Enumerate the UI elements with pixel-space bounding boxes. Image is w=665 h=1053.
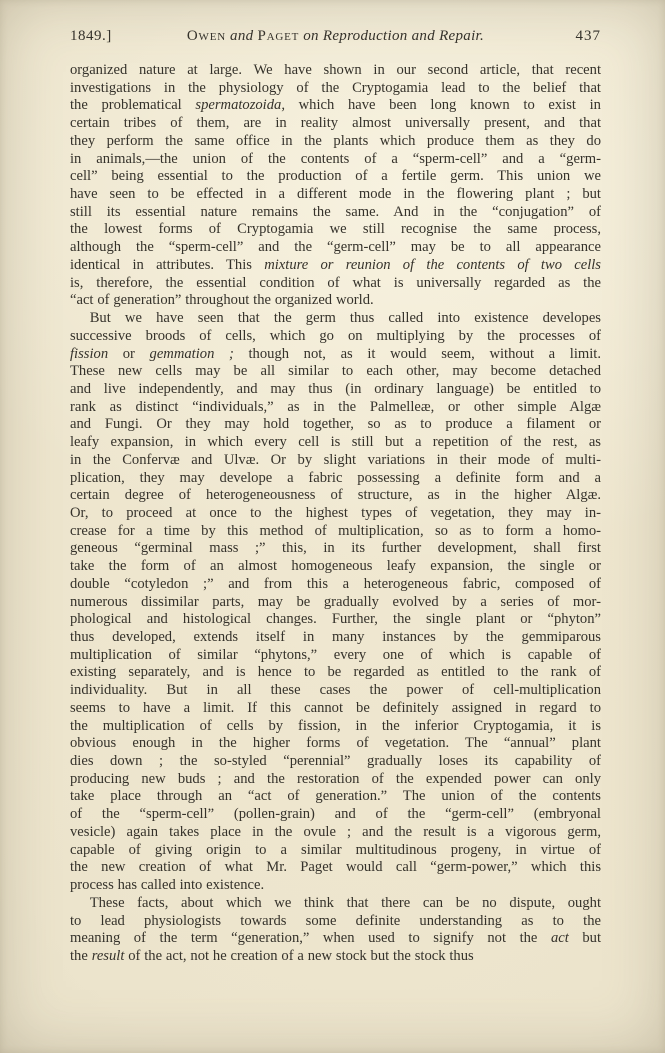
text-segment: which have been long known to exist in	[285, 97, 601, 113]
text-line: fission or gemmation ; though not, as it…	[70, 346, 601, 364]
text-line: investigations in the physiology of the …	[70, 80, 601, 98]
paragraph: But we have seen that the germ thus call…	[70, 310, 601, 895]
text-segment: or	[108, 346, 149, 362]
text-segment: result	[92, 948, 125, 964]
text-segment: the	[70, 948, 92, 964]
text-line: leafy expansion, in which every cell is …	[70, 434, 601, 452]
text-segment: Owen	[187, 28, 226, 44]
text-segment: of the act, not he creation of a new sto…	[124, 948, 473, 964]
page-body: organized nature at large. We have shown…	[70, 62, 601, 966]
text-segment: though not, as it would seem, without a …	[234, 346, 601, 362]
running-header: 1849.] Owen and Paget on Reproduction an…	[70, 27, 601, 46]
text-segment: act	[551, 930, 569, 946]
text-line: have seen to be effected in a different …	[70, 186, 601, 204]
text-segment: but	[569, 930, 601, 946]
text-line: double “cotyledon ;” and from this a het…	[70, 576, 601, 594]
text-segment: mixture or reunion of the contents of tw…	[264, 257, 601, 273]
text-line: in the Confervæ and Ulvæ. Or by slight v…	[70, 452, 601, 470]
text-line: the multiplication of cells by fission, …	[70, 718, 601, 736]
text-line: of the “sperm-cell” (pollen-grain) and o…	[70, 806, 601, 824]
text-line: identical in attributes. This mixture or…	[70, 257, 601, 275]
text-line: obvious enough in the higher forms of ve…	[70, 735, 601, 753]
text-line: although the “sperm-cell” and the “germ-…	[70, 239, 601, 257]
text-line: thus developed, extends itself in many i…	[70, 629, 601, 647]
text-line: “act of generation” throughout the organ…	[70, 292, 601, 310]
text-line: the new creation of what Mr. Paget would…	[70, 859, 601, 877]
text-line: capable of giving origin to a similar mu…	[70, 842, 601, 860]
text-line: in animals,—the union of the contents of…	[70, 151, 601, 169]
text-line: plication, they may develope a fabric po…	[70, 470, 601, 488]
text-line: process has called into existence.	[70, 877, 601, 895]
text-segment: gemmation ;	[150, 346, 234, 362]
text-line: But we have seen that the germ thus call…	[70, 310, 601, 328]
text-line: multiplication of similar “phytons,” eve…	[70, 647, 601, 665]
text-line: rank as distinct “individuals,” as in th…	[70, 399, 601, 417]
text-segment: and	[226, 28, 258, 44]
running-title: Owen and Paget on Reproduction and Repai…	[160, 27, 511, 46]
text-line: organized nature at large. We have shown…	[70, 62, 601, 80]
text-segment: meaning of the term “generation,” when u…	[70, 930, 551, 946]
text-line: successive broods of cells, which go on …	[70, 328, 601, 346]
text-line: These new cells may be all similar to ea…	[70, 363, 601, 381]
text-segment: identical in attributes. This	[70, 257, 264, 273]
text-line: These facts, about which we think that t…	[70, 895, 601, 913]
text-line: still its essential nature remains the s…	[70, 204, 601, 222]
text-line: certain degree of heterogeneousness of s…	[70, 487, 601, 505]
text-line: existing separately, and is hence to be …	[70, 664, 601, 682]
text-line: dies down ; the so-styled “perennial” gr…	[70, 753, 601, 771]
text-line: seems to have a limit. If this cannot be…	[70, 700, 601, 718]
text-line: crease for a time by this method of mult…	[70, 523, 601, 541]
text-line: phological and histological changes. Fur…	[70, 611, 601, 629]
text-line: and Fungi. Or they may hold together, so…	[70, 416, 601, 434]
text-segment: on Reproduction and Repair.	[299, 28, 484, 44]
header-year: 1849.]	[70, 27, 160, 46]
paragraph: These facts, about which we think that t…	[70, 895, 601, 966]
text-segment: the problematical	[70, 97, 195, 113]
text-line: producing new buds ; and the restoration…	[70, 771, 601, 789]
text-line: certain tribes of them, are in reality a…	[70, 115, 601, 133]
text-line: the problematical spermatozoida, which h…	[70, 97, 601, 115]
text-line: is, therefore, the essential condition o…	[70, 275, 601, 293]
text-line: geneous “germinal mass ;” this, in its f…	[70, 540, 601, 558]
text-line: vesicle) again takes place in the ovule …	[70, 824, 601, 842]
text-line: they perform the same office in the plan…	[70, 133, 601, 151]
text-line: the lowest forms of Cryptogamia we still…	[70, 221, 601, 239]
text-line: to lead physiologists towards some defin…	[70, 913, 601, 931]
text-line: Or, to proceed at once to the highest ty…	[70, 505, 601, 523]
text-line: meaning of the term “generation,” when u…	[70, 930, 601, 948]
text-segment: Paget	[258, 28, 300, 44]
text-segment: spermatozoida,	[195, 97, 285, 113]
page-number: 437	[511, 27, 601, 46]
text-line: the result of the act, not he creation o…	[70, 948, 601, 966]
text-line: individuality. But in all these cases th…	[70, 682, 601, 700]
text-line: numerous dissimilar parts, may be gradua…	[70, 594, 601, 612]
text-line: take place through an “act of generation…	[70, 788, 601, 806]
text-line: cell” being essential to the production …	[70, 168, 601, 186]
scanned-book-page: 1849.] Owen and Paget on Reproduction an…	[0, 0, 665, 1053]
text-line: take the form of an almost homogeneous l…	[70, 558, 601, 576]
text-line: and live independently, and may thus (in…	[70, 381, 601, 399]
text-segment: fission	[70, 346, 108, 362]
paragraph: organized nature at large. We have shown…	[70, 62, 601, 310]
